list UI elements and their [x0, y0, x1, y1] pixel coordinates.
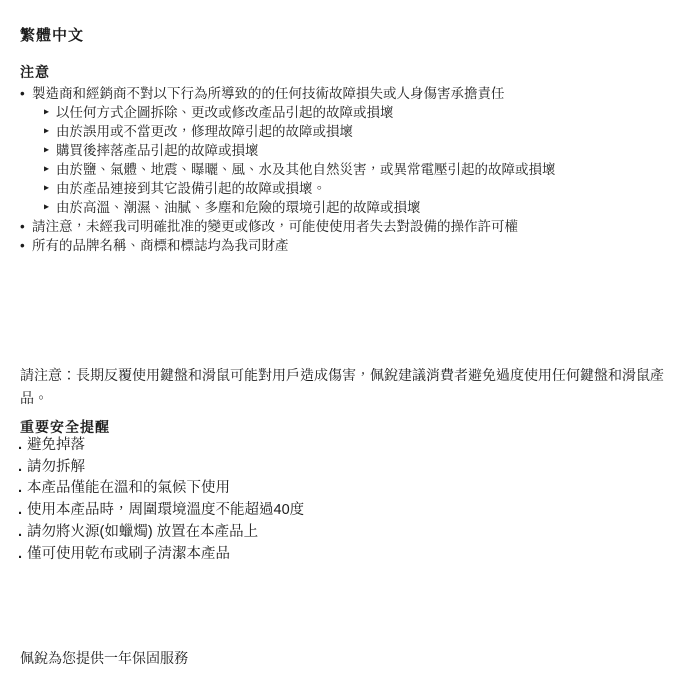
warranty-note: 佩銳為您提供一年保固服務	[20, 648, 188, 668]
sub-bullet-item-text: 由於誤用或不當更改，修理故障引起的故障或損壞	[56, 122, 353, 141]
triangle-bullet-icon: ▸	[44, 160, 56, 179]
safety-list-item: . 使用本產品時，周圍環境溫度不能超過40度	[18, 500, 658, 522]
safety-item-text: 僅可使用乾布或刷子清潔本產品	[27, 544, 230, 566]
dot-bullet-icon: .	[18, 478, 27, 500]
safety-section-heading: 重要安全提醒	[20, 417, 110, 437]
bullet-item-text: 請注意，未經我司明確批准的變更或修改，可能使使用者失去對設備的操作許可權	[32, 217, 518, 236]
sub-bullet-item: ▸ 由於鹽、氣體、地震、曝曬、風、水及其他自然災害，或異常電壓引起的故障或損壞	[20, 160, 670, 179]
sub-bullet-item: ▸ 由於產品連接到其它設備引起的故障或損壞。	[20, 179, 670, 198]
sub-bullet-item-text: 以任何方式企圖拆除、更改或修改產品引起的故障或損壞	[56, 103, 394, 122]
usage-warning-paragraph: 請注意：長期反覆使用鍵盤和滑鼠可能對用戶造成傷害，佩銳建議消費者避免過度使用任何…	[20, 364, 668, 410]
safety-list-item: . 僅可使用乾布或刷子清潔本產品	[18, 544, 658, 566]
document-page: 繁體中文 注意 • 製造商和經銷商不對以下行為所導致的的任何技術故障損失或人身傷…	[0, 0, 680, 680]
safety-list-item: . 請勿拆解	[18, 457, 658, 479]
sub-bullet-item-text: 購買後摔落產品引起的故障或損壞	[56, 141, 259, 160]
bullet-item: • 製造商和經銷商不對以下行為所導致的的任何技術故障損失或人身傷害承擔責任	[20, 84, 670, 103]
sub-bullet-item-text: 由於產品連接到其它設備引起的故障或損壞。	[56, 179, 326, 198]
triangle-bullet-icon: ▸	[44, 103, 56, 122]
safety-list-item: . 請勿將火源(如蠟燭) 放置在本產品上	[18, 522, 658, 544]
safety-item-text: 避免掉落	[27, 435, 85, 457]
dot-bullet-icon: .	[18, 435, 27, 457]
dot-bullet-icon: .	[18, 544, 27, 566]
sub-bullet-item-text: 由於高溫、潮濕、油膩、多塵和危險的環境引起的故障或損壞	[56, 198, 421, 217]
bullet-disc-icon: •	[20, 84, 32, 103]
sub-bullet-item: ▸ 購買後摔落產品引起的故障或損壞	[20, 141, 670, 160]
dot-bullet-icon: .	[18, 457, 27, 479]
triangle-bullet-icon: ▸	[44, 198, 56, 217]
bullet-item-text: 製造商和經銷商不對以下行為所導致的的任何技術故障損失或人身傷害承擔責任	[32, 84, 505, 103]
sub-bullet-item: ▸ 由於誤用或不當更改，修理故障引起的故障或損壞	[20, 122, 670, 141]
triangle-bullet-icon: ▸	[44, 141, 56, 160]
safety-list-item: . 避免掉落	[18, 435, 658, 457]
notice-bullet-list: • 製造商和經銷商不對以下行為所導致的的任何技術故障損失或人身傷害承擔責任 ▸ …	[20, 84, 670, 255]
triangle-bullet-icon: ▸	[44, 122, 56, 141]
safety-list-item: . 本產品僅能在溫和的氣候下使用	[18, 478, 658, 500]
sub-bullet-item: ▸ 由於高溫、潮濕、油膩、多塵和危險的環境引起的故障或損壞	[20, 198, 670, 217]
bullet-item: • 請注意，未經我司明確批准的變更或修改，可能使使用者失去對設備的操作許可權	[20, 217, 670, 236]
safety-item-text: 請勿拆解	[27, 457, 85, 479]
triangle-bullet-icon: ▸	[44, 179, 56, 198]
safety-item-text: 請勿將火源(如蠟燭) 放置在本產品上	[27, 522, 258, 544]
notice-section-heading: 注意	[20, 62, 50, 82]
bullet-disc-icon: •	[20, 217, 32, 236]
sub-bullet-item-text: 由於鹽、氣體、地震、曝曬、風、水及其他自然災害，或異常電壓引起的故障或損壞	[56, 160, 556, 179]
bullet-item: • 所有的品牌名稱、商標和標誌均為我司財產	[20, 236, 670, 255]
bullet-item-text: 所有的品牌名稱、商標和標誌均為我司財產	[32, 236, 289, 255]
safety-item-text: 使用本產品時，周圍環境溫度不能超過40度	[27, 500, 304, 522]
safety-item-text: 本產品僅能在溫和的氣候下使用	[27, 478, 230, 500]
language-heading: 繁體中文	[20, 24, 84, 45]
dot-bullet-icon: .	[18, 500, 27, 522]
sub-bullet-item: ▸ 以任何方式企圖拆除、更改或修改產品引起的故障或損壞	[20, 103, 670, 122]
safety-list: . 避免掉落 . 請勿拆解 . 本產品僅能在溫和的氣候下使用 . 使用本產品時，…	[18, 435, 658, 565]
dot-bullet-icon: .	[18, 522, 27, 544]
bullet-disc-icon: •	[20, 236, 32, 255]
